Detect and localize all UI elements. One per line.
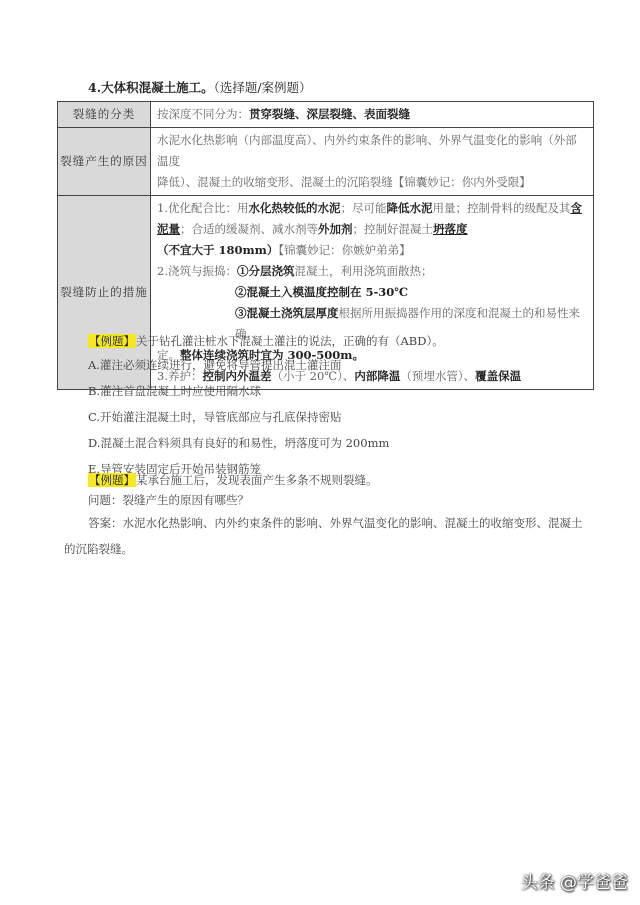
classification-prefix: 按深度不同分为： (157, 107, 249, 121)
section-title-text: 大体积混凝土施工。 (101, 80, 214, 95)
text: 覆盖保温 (475, 369, 521, 383)
section-heading: 4.大体积混凝土施工。（选择题/案例题） (88, 78, 312, 96)
text: 水化热较低的水泥 (248, 201, 340, 215)
example-tag: 【例题】 (88, 334, 136, 348)
text: 【锦囊妙记：你嫉妒弟弟】 (278, 243, 410, 257)
classification-types: 贯穿裂缝、深层裂缝、表面裂缝 (249, 107, 410, 121)
text: 外加剂 (318, 222, 353, 236)
text: ②混凝土入模温度控制在 5-30℃ (235, 285, 408, 299)
example-2: 【例题】某承台施工后，发现表面产生多条不规则裂缝。 问题：裂缝产生的原因有哪些？ (88, 470, 378, 514)
example-question: 某承台施工后，发现表面产生多条不规则裂缝。 (136, 473, 378, 487)
document-page: 4.大体积混凝土施工。（选择题/案例题） 裂缝的分类 按深度不同分为：贯穿裂缝、… (0, 0, 640, 905)
text: ；控制好混凝土 (353, 222, 434, 236)
table-row-classification: 裂缝的分类 按深度不同分为：贯穿裂缝、深层裂缝、表面裂缝 (58, 102, 594, 128)
table-row-causes: 裂缝产生的原因 水泥水化热影响（内部温度高）、内外约束条件的影响、外界气温变化的… (58, 128, 594, 196)
causes-line-1: 水泥水化热影响（内部温度高）、内外约束条件的影响、外界气温变化的影响（外部温度 (157, 130, 587, 172)
row-body-classification: 按深度不同分为：贯穿裂缝、深层裂缝、表面裂缝 (151, 102, 594, 128)
row-header-causes: 裂缝产生的原因 (58, 128, 151, 196)
option-b: B.灌注首盘混凝土时应使用隔水球 (88, 381, 444, 407)
text: 用量；控制骨料的级配及其 (432, 201, 570, 215)
section-note: （选择题/案例题） (214, 80, 312, 95)
example-1: 【例题】关于钻孔灌注桩水下混凝土灌注的说法，正确的有（ABD）。 A.灌注必须连… (88, 331, 444, 485)
text: 2.浇筑与振捣： (157, 264, 237, 278)
text: ③混凝土浇筑层厚度 (235, 306, 339, 320)
row-header-classification: 裂缝的分类 (58, 102, 151, 128)
text: 1.优化配合比：用 (157, 201, 248, 215)
text: 降低水泥 (386, 201, 432, 215)
text: 混凝土，利用浇筑面散热； (294, 264, 432, 278)
text: ；尽可能 (340, 201, 386, 215)
text: ①分层浇筑 (237, 264, 295, 278)
watermark: 头条 @学爸爸 (521, 868, 628, 893)
example-tag: 【例题】 (88, 473, 136, 487)
row-body-causes: 水泥水化热影响（内部温度高）、内外约束条件的影响、外界气温变化的影响（外部温度 … (151, 128, 594, 196)
option-a: A.灌注必须连续进行，避免将导管提出混土灌注面 (88, 355, 444, 381)
prevention-item-2-sub-2: ②混凝土入模温度控制在 5-30℃ (157, 282, 587, 303)
text: （不宜大于 180mm） (157, 243, 278, 257)
option-d: D.混凝土混合料须具有良好的和易性，坍落度可为 200mm (88, 433, 444, 459)
prevention-item-1: 1.优化配合比：用水化热较低的水泥；尽可能降低水泥用量；控制骨料的级配及其含泥量… (157, 198, 587, 261)
example-question: 关于钻孔灌注桩水下混凝土灌注的说法，正确的有（ABD）。 (136, 334, 444, 348)
example-answer: 答案：水泥水化热影响、内外约束条件的影响、外界气温变化的影响、混凝土的收缩变形、… (64, 510, 584, 562)
text: 坍落度 (433, 222, 468, 236)
causes-line-2: 降低）、混凝土的收缩变形、混凝土的沉陷裂缝【锦囊妙记：你内外受限】 (157, 172, 587, 193)
prevention-item-2: 2.浇筑与振捣：①分层浇筑混凝土，利用浇筑面散热； (157, 261, 587, 282)
option-c: C.开始灌注混凝土时，导管底部应与孔底保持密贴 (88, 407, 444, 433)
text: ；合适的缓凝剂、减水剂等 (180, 222, 318, 236)
section-number: 4. (88, 80, 101, 95)
